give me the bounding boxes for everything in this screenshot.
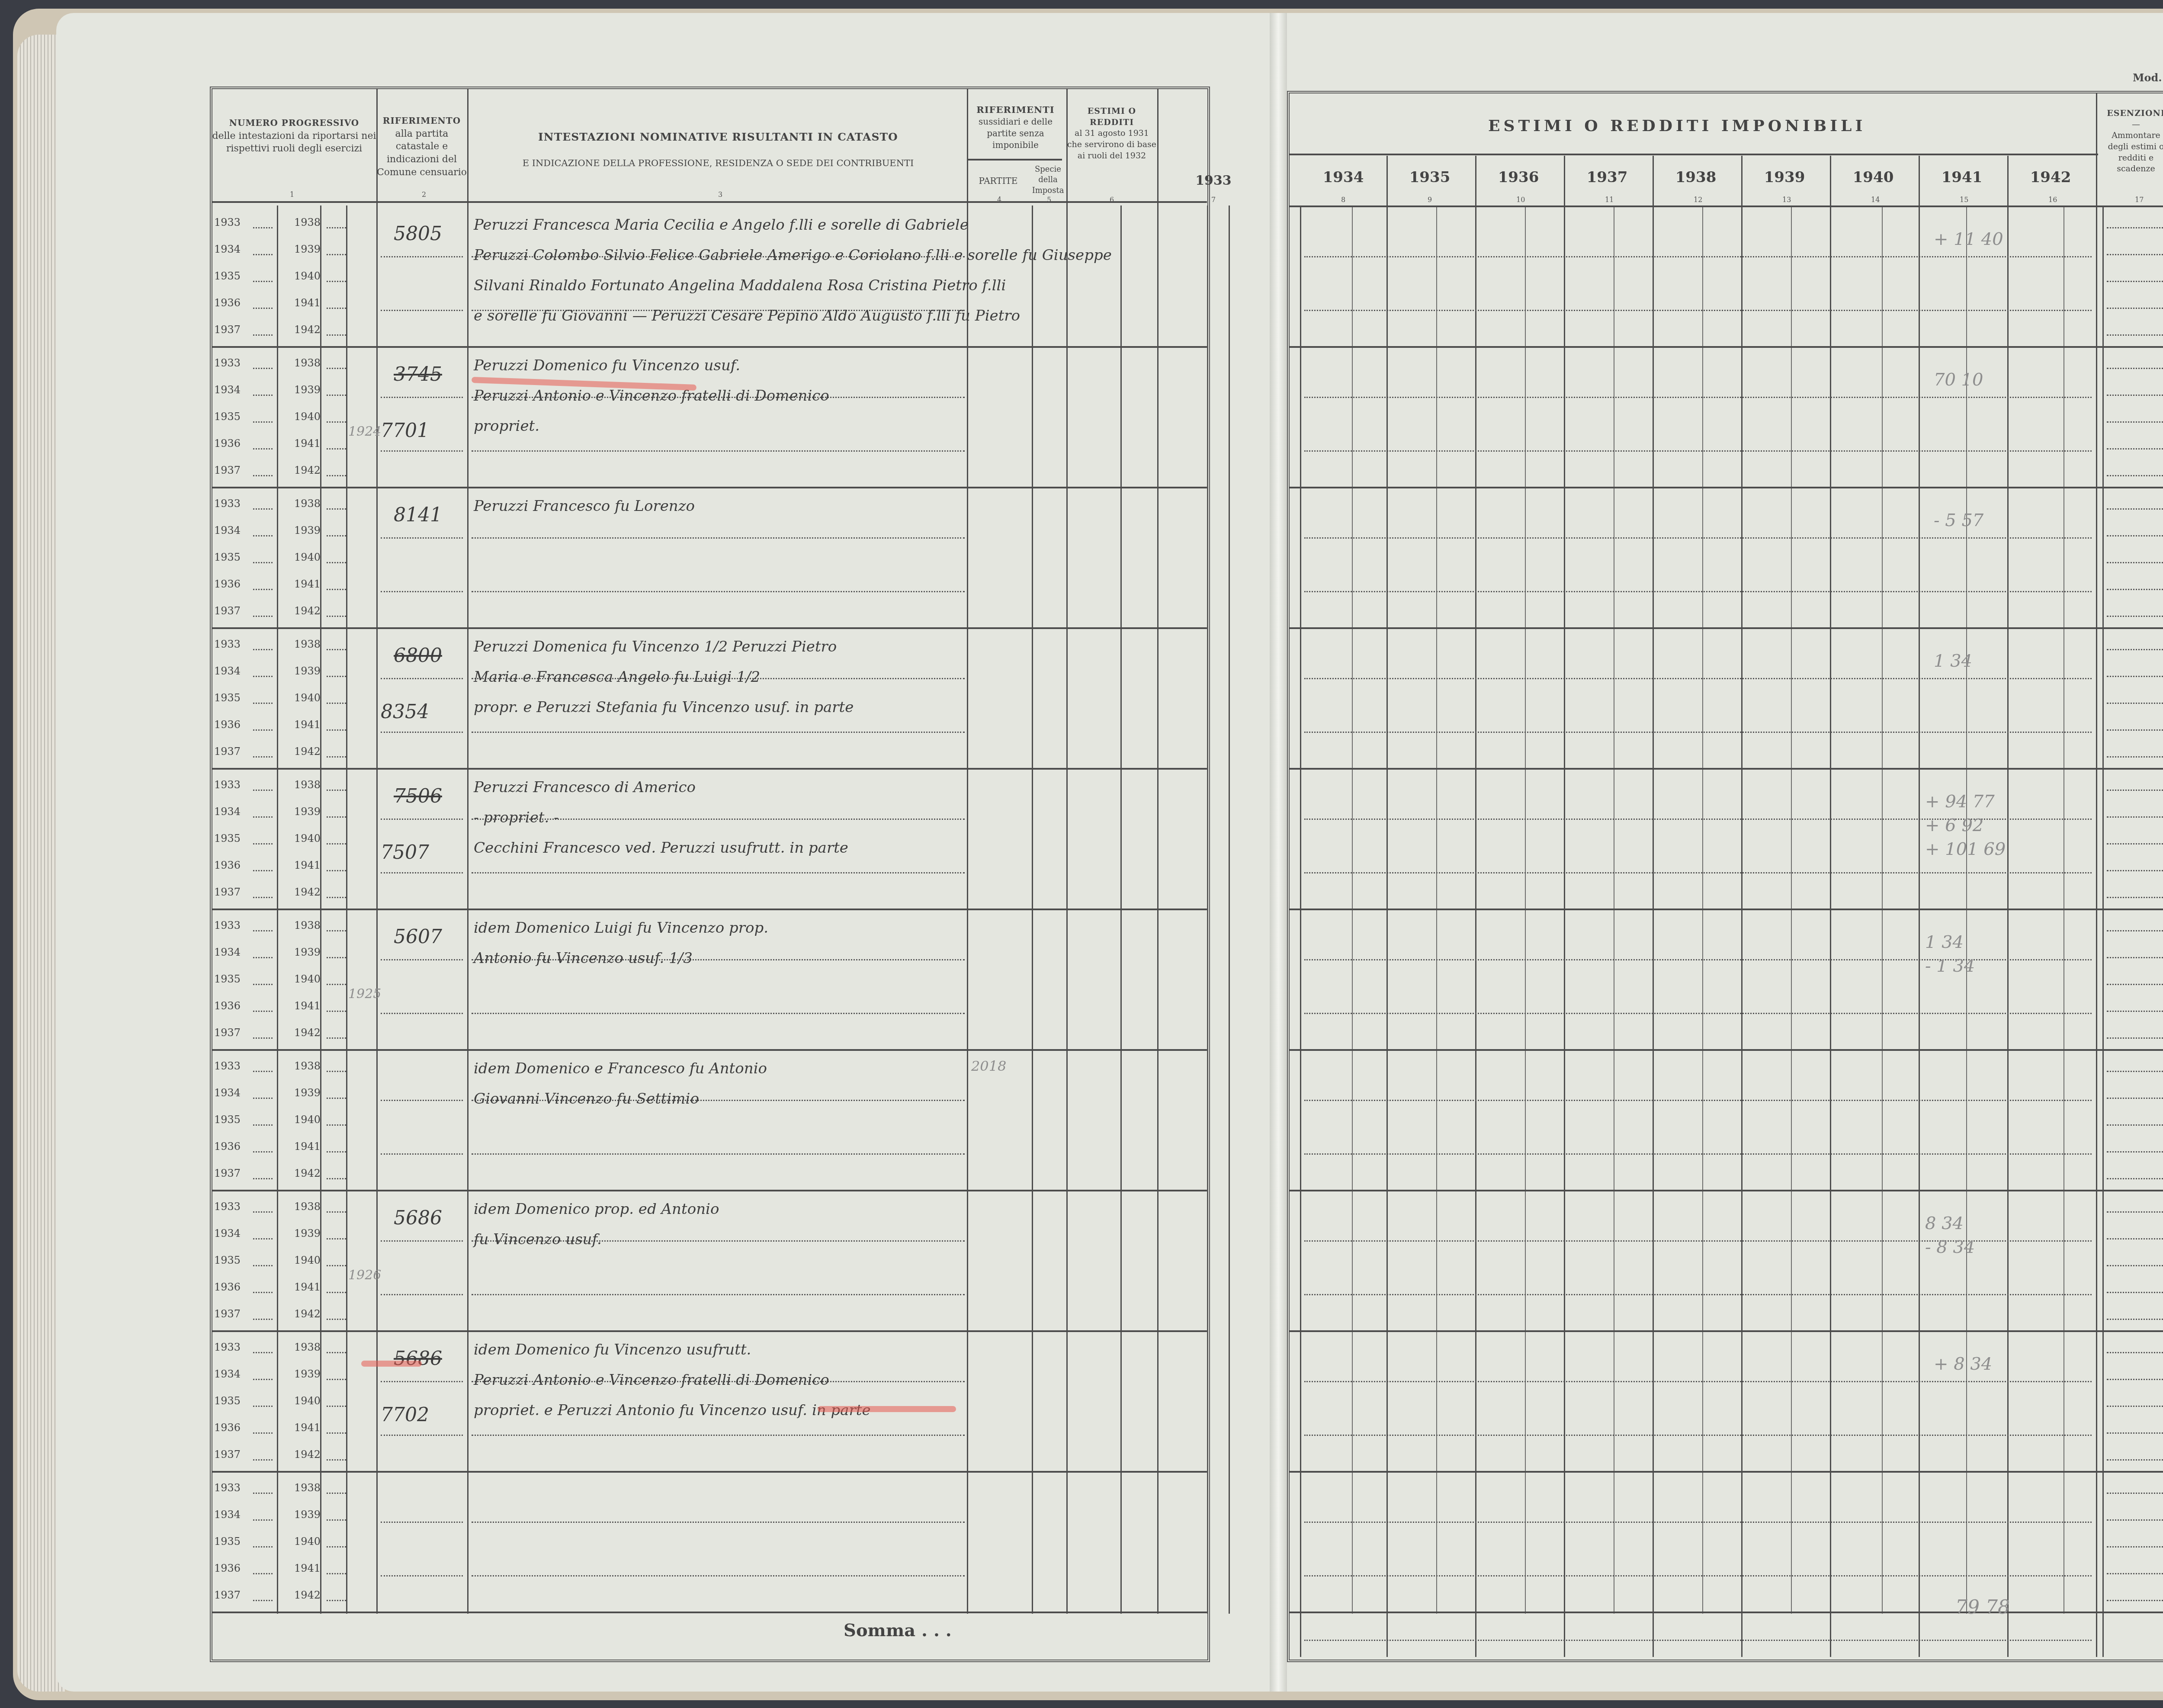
dotted-line xyxy=(253,1124,273,1126)
dotted-line xyxy=(253,703,273,704)
value-1941: 70 10 xyxy=(1934,370,1983,390)
col1-number: 1 xyxy=(290,190,294,199)
intestazione-line: Peruzzi Antonio e Vincenzo fratelli di D… xyxy=(474,387,829,405)
dotted-line xyxy=(2107,535,2163,536)
header-vline xyxy=(1564,156,1565,205)
year-label: 1941 xyxy=(294,1562,321,1574)
dotted-line xyxy=(253,984,273,985)
dotted-line xyxy=(327,816,346,818)
year-label: 1940 xyxy=(294,1535,321,1547)
year-label: 1940 xyxy=(294,973,321,985)
dotted-line xyxy=(253,1151,273,1153)
year-label: 1935 xyxy=(214,1535,241,1547)
col3-number: 3 xyxy=(718,190,722,199)
entry-divider xyxy=(212,1190,1207,1191)
dotted-line xyxy=(2107,589,2163,590)
dotted-line xyxy=(253,421,273,423)
year-label: 1942 xyxy=(294,464,321,476)
col17-number: 17 xyxy=(2135,196,2144,204)
year-label: 1936 xyxy=(214,1140,241,1153)
dotted-line xyxy=(327,1071,346,1072)
dotted-line xyxy=(472,1522,965,1523)
dotted-line xyxy=(327,1265,346,1266)
dotted-line xyxy=(327,1011,346,1012)
year-header-1939: 1939 xyxy=(1741,169,1828,186)
intestazione-line: Peruzzi Francesca Maria Cecilia e Angelo… xyxy=(474,216,969,234)
dotted-line xyxy=(381,678,463,679)
header-vline xyxy=(1157,89,1159,205)
year-label: 1938 xyxy=(294,216,321,228)
dotted-line xyxy=(381,959,463,960)
year-label: 1940 xyxy=(294,411,321,423)
dotted-line xyxy=(253,334,273,336)
header-vline xyxy=(1919,156,1920,205)
year-label: 1940 xyxy=(294,832,321,844)
col-number: 8 xyxy=(1341,196,1345,204)
dotted-line xyxy=(327,897,346,898)
dotted-line xyxy=(2107,756,2163,758)
header-vline xyxy=(376,89,378,205)
dotted-line xyxy=(253,1178,273,1179)
year-label: 1934 xyxy=(214,1368,241,1380)
dotted-line xyxy=(472,732,965,733)
grid-vline xyxy=(1741,205,1743,1657)
dotted-line xyxy=(2107,1037,2163,1039)
dotted-line xyxy=(2107,421,2163,423)
dotted-line xyxy=(253,1098,273,1099)
dotted-line xyxy=(327,649,346,650)
dotted-line xyxy=(327,535,346,536)
dotted-line xyxy=(327,254,346,255)
somma-label: Somma . . . xyxy=(844,1620,952,1641)
dotted-line xyxy=(253,957,273,958)
grid-vline xyxy=(1830,205,1831,1657)
dotted-line xyxy=(381,1575,463,1576)
dotted-line xyxy=(1304,1435,2092,1436)
dotted-line xyxy=(2107,475,2163,476)
year-label: 1942 xyxy=(294,1308,321,1320)
dotted-line xyxy=(381,450,463,452)
dotted-line xyxy=(1304,732,2092,733)
partita-number: 5805 xyxy=(394,223,442,245)
value-1941: - 1 34 xyxy=(1925,956,1975,976)
partita-number: 8141 xyxy=(394,504,442,526)
dotted-line xyxy=(253,448,273,449)
year-label: 1942 xyxy=(294,1448,321,1461)
dotted-line xyxy=(2107,870,2163,871)
dotted-line xyxy=(1304,397,2092,398)
year-label: 1942 xyxy=(294,886,321,898)
year-label: 1937 xyxy=(214,464,241,476)
intestazione-line: - propriet. - xyxy=(474,809,559,826)
grid-vline xyxy=(1300,205,1301,1657)
dotted-line xyxy=(327,1493,346,1494)
dotted-line xyxy=(1304,1381,2092,1382)
dotted-line xyxy=(2107,1265,2163,1266)
dotted-line xyxy=(327,1178,346,1179)
dotted-line xyxy=(253,535,273,536)
dotted-line xyxy=(2107,1546,2163,1547)
year-label: 1938 xyxy=(294,498,321,510)
dotted-line xyxy=(472,537,965,539)
dotted-line xyxy=(381,1294,463,1295)
year-label: 1935 xyxy=(214,832,241,844)
dotted-line xyxy=(327,395,346,396)
dotted-line xyxy=(1304,310,2092,311)
year-label: 1942 xyxy=(294,605,321,617)
dotted-line xyxy=(2107,984,2163,985)
dotted-line xyxy=(381,1435,463,1436)
dotted-line xyxy=(381,1153,463,1155)
header-vline xyxy=(1066,89,1068,205)
right-header-rule xyxy=(1289,205,2163,207)
year-label: 1940 xyxy=(294,692,321,704)
dotted-line xyxy=(472,1013,965,1014)
year-label: 1933 xyxy=(214,1341,241,1353)
dotted-line xyxy=(1304,1100,2092,1101)
red-correction-mark xyxy=(361,1361,422,1367)
year-label: 1941 xyxy=(294,437,321,449)
estimi-title: ESTIMI O REDDITI IMPONIBILI xyxy=(1488,117,1866,135)
header-vline xyxy=(1653,156,1654,205)
dotted-line xyxy=(327,1406,346,1407)
grid-vline xyxy=(2096,205,2097,1657)
dotted-line xyxy=(253,1493,273,1494)
col-number: 15 xyxy=(1960,196,1968,204)
col-number: 14 xyxy=(1871,196,1880,204)
dotted-line xyxy=(327,1292,346,1293)
dotted-line xyxy=(1304,591,2092,592)
intestazione-line: Peruzzi Domenico fu Vincenzo usuf. xyxy=(474,357,740,374)
year-label: 1934 xyxy=(214,524,241,536)
col4-header: PARTITE xyxy=(967,175,1030,187)
year-label: 1936 xyxy=(214,437,241,449)
dotted-line xyxy=(2107,816,2163,818)
dotted-line xyxy=(2107,1211,2163,1213)
year-label: 1935 xyxy=(214,411,241,423)
year-label: 1934 xyxy=(214,806,241,818)
year-label: 1941 xyxy=(294,1422,321,1434)
year-label: 1934 xyxy=(214,665,241,677)
value-1941: + 6 92 xyxy=(1925,815,1983,835)
year-label: 1936 xyxy=(214,719,241,731)
dotted-line xyxy=(327,957,346,958)
dotted-line xyxy=(253,1546,273,1547)
grid-vline xyxy=(1653,205,1654,1657)
year-label: 1936 xyxy=(214,297,241,309)
intestazione-line: Peruzzi Colombo Silvio Felice Gabriele A… xyxy=(474,247,1112,264)
year-header-1937: 1937 xyxy=(1564,169,1650,186)
year-label: 1935 xyxy=(214,270,241,282)
year-note: 1926 xyxy=(348,1268,381,1283)
dotted-line xyxy=(327,1573,346,1574)
dotted-line xyxy=(327,421,346,423)
dotted-line xyxy=(253,1432,273,1434)
dotted-line xyxy=(327,1379,346,1380)
dotted-line xyxy=(253,1352,273,1353)
value-1941: - 8 34 xyxy=(1925,1237,1975,1257)
partita-number: 7506 xyxy=(394,785,442,807)
dotted-line xyxy=(2107,616,2163,617)
year-label: 1938 xyxy=(294,1341,321,1353)
entry-divider xyxy=(212,487,1207,488)
dotted-line xyxy=(381,1522,463,1523)
intestazione-line: idem Domenico Luigi fu Vincenzo prop. xyxy=(474,919,768,937)
year-header-1935: 1935 xyxy=(1386,169,1473,186)
dotted-line xyxy=(327,589,346,590)
dotted-line xyxy=(472,1435,965,1436)
year-label: 1934 xyxy=(214,1227,241,1239)
somma-dotted-line xyxy=(1304,1640,2092,1641)
intestazione-line: idem Domenico e Francesco fu Antonio xyxy=(474,1060,767,1077)
col2-number: 2 xyxy=(422,190,426,199)
year-1933-header: 1933 xyxy=(1170,173,1257,188)
intestazione-line: propriet. xyxy=(474,417,539,435)
dotted-line xyxy=(327,1238,346,1239)
year-label: 1939 xyxy=(294,1368,321,1380)
dotted-line xyxy=(327,1546,346,1547)
year-label: 1937 xyxy=(214,1589,241,1601)
partita-number-new: 8354 xyxy=(381,701,429,723)
partita-number-new: 7702 xyxy=(381,1404,429,1426)
dotted-line xyxy=(253,254,273,255)
col-number: 16 xyxy=(2048,196,2057,204)
somma-1941-value: 79 78 xyxy=(1955,1596,2010,1618)
dotted-line xyxy=(327,1352,346,1353)
dotted-line xyxy=(472,1575,965,1576)
year-label: 1939 xyxy=(294,946,321,958)
left-header-rule xyxy=(212,201,1207,203)
dotted-line xyxy=(2107,1178,2163,1179)
dotted-line xyxy=(2107,562,2163,563)
dotted-line xyxy=(253,790,273,791)
dotted-line xyxy=(381,872,463,873)
esenzioni-header: ESENZIONI—Ammontare degli estimi o reddi… xyxy=(2100,108,2163,175)
year-label: 1933 xyxy=(214,357,241,369)
dotted-line xyxy=(253,1573,273,1574)
dotted-line xyxy=(327,448,346,449)
dotted-line xyxy=(1304,450,2092,452)
dotted-line xyxy=(1304,1522,2092,1523)
dotted-line xyxy=(2107,308,2163,309)
entry-divider xyxy=(212,1612,1207,1613)
year-label: 1941 xyxy=(294,1000,321,1012)
dotted-line xyxy=(2107,508,2163,510)
year-label: 1934 xyxy=(214,1509,241,1521)
year-label: 1937 xyxy=(214,1448,241,1461)
year-label: 1933 xyxy=(214,1482,241,1494)
intestazione-line: Peruzzi Antonio e Vincenzo fratelli di D… xyxy=(474,1371,829,1389)
dotted-line xyxy=(253,649,273,650)
year-label: 1939 xyxy=(294,243,321,255)
year-label: 1940 xyxy=(294,270,321,282)
col6-number: 6 xyxy=(1110,196,1114,204)
dotted-line xyxy=(472,450,965,452)
year-label: 1935 xyxy=(214,1395,241,1407)
dotted-line xyxy=(2107,254,2163,255)
year-label: 1934 xyxy=(214,1087,241,1099)
year-label: 1937 xyxy=(214,886,241,898)
intestazione-line: Giovanni Vincenzo fu Settimio xyxy=(474,1090,699,1108)
year-label: 1940 xyxy=(294,551,321,563)
grid-vline xyxy=(2007,205,2009,1657)
entry-divider xyxy=(1289,1190,2163,1191)
dotted-line xyxy=(253,1319,273,1320)
dotted-line xyxy=(2107,227,2163,228)
value-1941: + 101 69 xyxy=(1925,839,2006,859)
partita-number: 3745 xyxy=(394,363,442,385)
entry-divider xyxy=(1289,1049,2163,1051)
dotted-line xyxy=(253,1292,273,1293)
year-label: 1933 xyxy=(214,638,241,650)
year-label: 1942 xyxy=(294,745,321,758)
year-label: 1941 xyxy=(294,578,321,590)
year-label: 1942 xyxy=(294,1589,321,1601)
dotted-line xyxy=(2107,281,2163,282)
dotted-line xyxy=(2107,1379,2163,1380)
dotted-line xyxy=(253,843,273,844)
dotted-line xyxy=(2107,1459,2163,1461)
dotted-line xyxy=(1304,872,2092,873)
year-header-1942: 1942 xyxy=(2007,169,2094,186)
year-label: 1933 xyxy=(214,1201,241,1213)
year-label: 1936 xyxy=(214,859,241,871)
year-label: 1936 xyxy=(214,1422,241,1434)
year-label: 1934 xyxy=(214,243,241,255)
dotted-line xyxy=(253,1459,273,1461)
year-label: 1941 xyxy=(294,1140,321,1153)
value-1941: 1 34 xyxy=(1934,651,1972,671)
col-number: 12 xyxy=(1694,196,1702,204)
dotted-line xyxy=(2107,448,2163,449)
header-vline xyxy=(2096,93,2097,205)
partita-number-new: 7507 xyxy=(381,841,429,864)
dotted-line xyxy=(2107,703,2163,704)
year-label: 1933 xyxy=(214,919,241,931)
year-header-1934: 1934 xyxy=(1300,169,1386,186)
partita-number: 5607 xyxy=(394,926,442,948)
dotted-line xyxy=(381,591,463,592)
dotted-line xyxy=(253,676,273,677)
dotted-line xyxy=(253,395,273,396)
form-id: Mod. 111 - Imposte Dirette (Intercalare)… xyxy=(2133,71,2163,84)
dotted-line xyxy=(381,537,463,539)
year-label: 1941 xyxy=(294,719,321,731)
dotted-line xyxy=(2107,676,2163,677)
year-label: 1941 xyxy=(294,1281,321,1293)
dotted-line xyxy=(2107,1071,2163,1072)
year-header-1941: 1941 xyxy=(1919,169,2005,186)
dotted-line xyxy=(2107,930,2163,931)
dotted-line xyxy=(327,475,346,476)
dotted-line xyxy=(327,508,346,510)
year-label: 1934 xyxy=(214,384,241,396)
dotted-line xyxy=(381,310,463,311)
year-label: 1939 xyxy=(294,1509,321,1521)
dotted-line xyxy=(472,872,965,873)
dotted-line xyxy=(2107,1124,2163,1126)
col3-header: INTESTAZIONI NOMINATIVE RISULTANTI IN CA… xyxy=(472,130,965,170)
dotted-line xyxy=(2107,368,2163,369)
dotted-line xyxy=(327,843,346,844)
partita-number: 5686 xyxy=(394,1207,442,1229)
year-header-1940: 1940 xyxy=(1830,169,1916,186)
dotted-line xyxy=(327,616,346,617)
col-number: 13 xyxy=(1782,196,1791,204)
grid-vline xyxy=(2102,205,2104,1657)
dotted-line xyxy=(2107,1600,2163,1601)
grid-vline xyxy=(1475,205,1476,1657)
dotted-line xyxy=(327,1211,346,1213)
year-label: 1938 xyxy=(294,1201,321,1213)
header-vline xyxy=(967,89,968,205)
year-label: 1937 xyxy=(214,1167,241,1179)
dotted-line xyxy=(327,1459,346,1461)
year-label: 1938 xyxy=(294,919,321,931)
riferimenti-rule xyxy=(967,159,1062,161)
dotted-line xyxy=(327,562,346,563)
dotted-line xyxy=(2107,1493,2163,1494)
dotted-line xyxy=(1304,256,2092,257)
dotted-line xyxy=(327,1151,346,1153)
dotted-line xyxy=(472,1153,965,1155)
right-table-frame xyxy=(1287,91,2163,1662)
dotted-line xyxy=(381,1240,463,1242)
dotted-line xyxy=(1304,1575,2092,1576)
dotted-line xyxy=(253,308,273,309)
dotted-line xyxy=(381,397,463,398)
dotted-line xyxy=(2107,1406,2163,1407)
header-vline xyxy=(1475,156,1476,205)
intestazione-line: Peruzzi Francesco fu Lorenzo xyxy=(474,498,695,515)
dotted-line xyxy=(2107,1151,2163,1153)
header-vline xyxy=(1830,156,1831,205)
year-label: 1936 xyxy=(214,578,241,590)
intestazione-line: Peruzzi Domenica fu Vincenzo 1/2 Peruzzi… xyxy=(474,638,837,655)
dotted-line xyxy=(253,368,273,369)
intestazione-line: idem Domenico fu Vincenzo usufrutt. xyxy=(474,1341,751,1358)
dotted-line xyxy=(2107,649,2163,650)
dotted-line xyxy=(253,816,273,818)
value-1941: - 5 57 xyxy=(1934,510,1983,530)
dotted-line xyxy=(327,1319,346,1320)
dotted-line xyxy=(327,1037,346,1039)
col7-number: 7 xyxy=(1211,196,1216,204)
dotted-line xyxy=(327,1519,346,1521)
dotted-line xyxy=(2107,729,2163,731)
dotted-line xyxy=(253,1011,273,1012)
year-label: 1933 xyxy=(214,1060,241,1072)
partita-number: 6800 xyxy=(394,645,442,667)
dotted-line xyxy=(2107,395,2163,396)
dotted-line xyxy=(253,1265,273,1266)
dotted-line xyxy=(2107,1319,2163,1320)
dotted-line xyxy=(253,1379,273,1380)
entry-divider xyxy=(1289,909,2163,910)
intestazione-line: Silvani Rinaldo Fortunato Angelina Madda… xyxy=(474,277,1006,294)
intestazione-line: Peruzzi Francesco di Americo xyxy=(474,779,696,796)
year-label: 1937 xyxy=(214,324,241,336)
year-label: 1940 xyxy=(294,1114,321,1126)
dotted-line xyxy=(327,227,346,228)
col5-number: 5 xyxy=(1047,196,1051,204)
header-vline xyxy=(467,89,469,205)
grid-vline xyxy=(1919,205,1920,1657)
year-label: 1938 xyxy=(294,357,321,369)
year-label: 1938 xyxy=(294,1060,321,1072)
year-label: 1942 xyxy=(294,1027,321,1039)
dotted-line xyxy=(253,729,273,731)
